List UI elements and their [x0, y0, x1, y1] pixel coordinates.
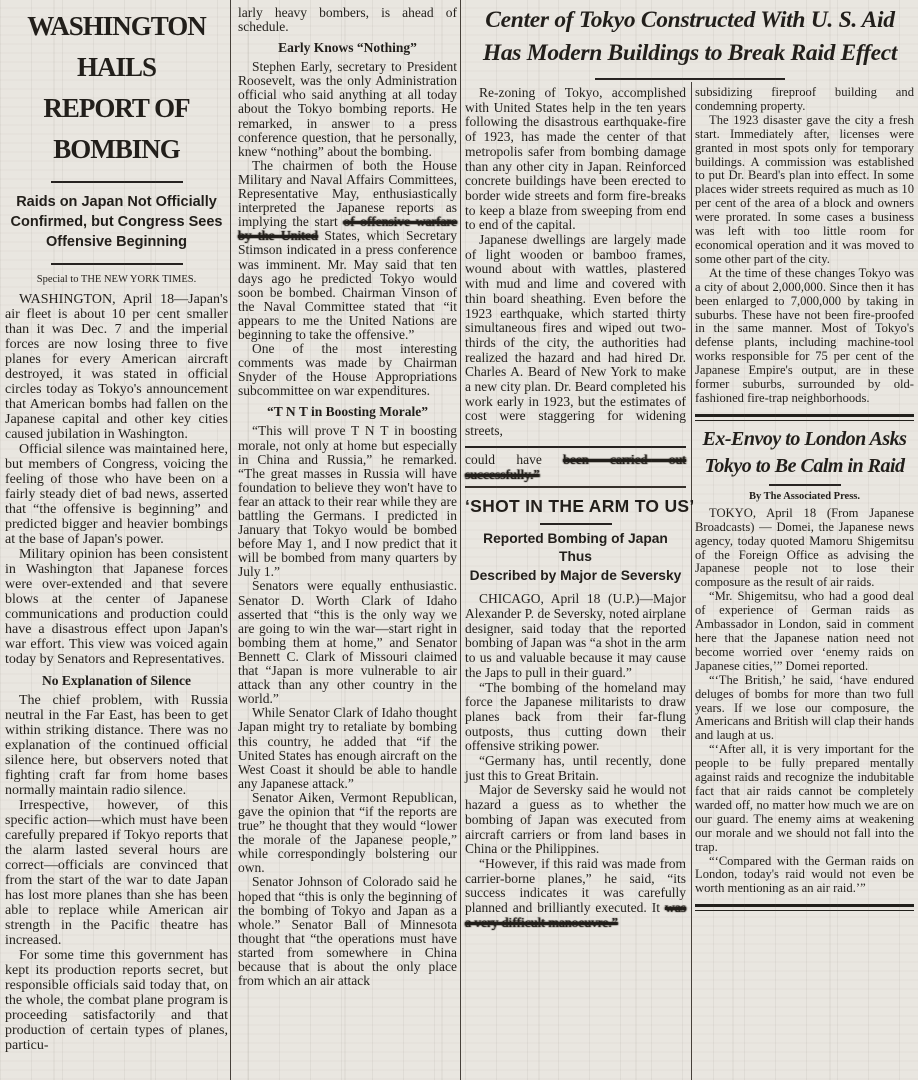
column-divider	[460, 0, 461, 1080]
byline: By The Associated Press.	[695, 491, 914, 502]
dateline: Special to THE NEW YORK TIMES.	[5, 274, 228, 285]
divider	[465, 446, 686, 448]
paragraph: Senators were equally enthusiastic. Sena…	[238, 579, 457, 706]
paragraph: TOKYO, April 18 (From Japanese Broadcast…	[695, 507, 914, 590]
divider	[540, 523, 612, 525]
paragraph: Senator Aiken, Vermont Republican, gave …	[238, 791, 457, 876]
subhead-line: Described by Major de Seversky	[470, 568, 682, 583]
paragraph: While Senator Clark of Idaho thought Jap…	[238, 706, 457, 791]
article-washington-continued: larly heavy bombers, is ahead of schedul…	[238, 6, 457, 988]
paragraph: Irrespective, however, of this specific …	[5, 798, 228, 948]
paragraph: The chairmen of both the House Military …	[238, 159, 457, 342]
paragraph: For some time this government has kept i…	[5, 948, 228, 1053]
paragraph: One of the most interesting comments was…	[238, 342, 457, 398]
paragraph: “‘After all, it is very important for th…	[695, 743, 914, 854]
divider	[51, 263, 183, 265]
text-fragment: could have	[465, 452, 563, 467]
exenvoy-headline: Ex-Envoy to London Asks Tokyo to Be Calm…	[695, 426, 914, 480]
paragraph: “The bombing of the homeland may force t…	[465, 681, 686, 755]
headline-line: Has Modern Buildings to Break Raid Effec…	[483, 40, 897, 66]
seversky-subhead: Reported Bombing of Japan Thus Described…	[465, 530, 686, 586]
washington-subhead: Raids on Japan Not Officially Confirmed,…	[5, 192, 228, 252]
text-fragment: States, which Secretary Stimson indicate…	[238, 228, 457, 342]
article-washington: WASHINGTON HAILS REPORT OF BOMBING Raids…	[5, 4, 228, 1053]
paragraph: Military opinion has been consistent in …	[5, 547, 228, 667]
divider	[465, 486, 686, 488]
paragraph: Stephen Early, secretary to President Ro…	[238, 60, 457, 159]
paragraph: Major de Seversky said he would not haza…	[465, 783, 686, 857]
headline-line: Center of Tokyo Constructed With U. S. A…	[485, 7, 894, 33]
subhead-line: Reported Bombing of Japan Thus	[483, 531, 668, 565]
paragraph: At the time of these changes Tokyo was a…	[695, 267, 914, 406]
crosshead-tnt-morale: “T N T in Boosting Morale”	[238, 404, 457, 420]
paragraph: “Mr. Shigemitsu, who had a good deal of …	[695, 590, 914, 673]
paragraph: Re-zoning of Tokyo, accomplished with Un…	[465, 86, 686, 233]
column-divider	[691, 82, 692, 1080]
paragraph: “‘The British,’ he said, ‘have endured d…	[695, 674, 914, 744]
newspaper-page: WASHINGTON HAILS REPORT OF BOMBING Raids…	[0, 0, 918, 1080]
paragraph: “‘Compared with the German raids on Lond…	[695, 855, 914, 897]
paragraph: subsidizing fireproof building and conde…	[695, 86, 914, 114]
article-end-rule	[695, 414, 914, 421]
crosshead-early-knows-nothing: Early Knows “Nothing”	[238, 40, 457, 56]
headline-line: REPORT OF BOMBING	[43, 93, 189, 164]
continuation-fragment: could have been carried out successfully…	[465, 453, 686, 482]
paragraph: Official silence was maintained here, bu…	[5, 442, 228, 547]
washington-headline: WASHINGTON HAILS REPORT OF BOMBING	[5, 6, 228, 170]
crosshead-no-explanation: No Explanation of Silence	[5, 673, 228, 689]
paragraph: Senator Johnson of Colorado said he hope…	[238, 875, 457, 988]
column-four: subsidizing fireproof building and conde…	[695, 86, 914, 916]
headline-line: Tokyo to Be Calm in Raid	[704, 455, 904, 477]
headline-line: WASHINGTON HAILS	[27, 11, 206, 82]
divider	[769, 484, 841, 486]
divider	[595, 78, 785, 80]
paragraph: WASHINGTON, April 18—Japan's air fleet i…	[5, 292, 228, 442]
paragraph: “However, if this raid was made from car…	[465, 857, 686, 931]
column-three: Re-zoning of Tokyo, accomplished with Un…	[465, 86, 686, 930]
article-end-rule	[695, 904, 914, 911]
headline-line: Ex-Envoy to London Asks	[703, 428, 907, 450]
paragraph: “Germany has, until recently, done just …	[465, 754, 686, 783]
divider	[51, 181, 183, 183]
paragraph: The 1923 disaster gave the city a fresh …	[695, 114, 914, 267]
paragraph: larly heavy bombers, is ahead of schedul…	[238, 6, 457, 34]
tokyo-headline: Center of Tokyo Constructed With U. S. A…	[464, 4, 916, 70]
paragraph: “This will prove T N T in boosting moral…	[238, 424, 457, 579]
article-tokyo-headline-block: Center of Tokyo Constructed With U. S. A…	[464, 4, 916, 80]
text-fragment: “However, if this raid was made from car…	[465, 856, 686, 915]
seversky-headline: ‘SHOT IN THE ARM TO US’	[465, 493, 686, 519]
column-divider	[230, 0, 231, 1080]
paragraph: The chief problem, with Russia neutral i…	[5, 693, 228, 798]
paragraph: CHICAGO, April 18 (U.P.)—Major Alexander…	[465, 592, 686, 680]
paragraph: Japanese dwellings are largely made of l…	[465, 233, 686, 439]
